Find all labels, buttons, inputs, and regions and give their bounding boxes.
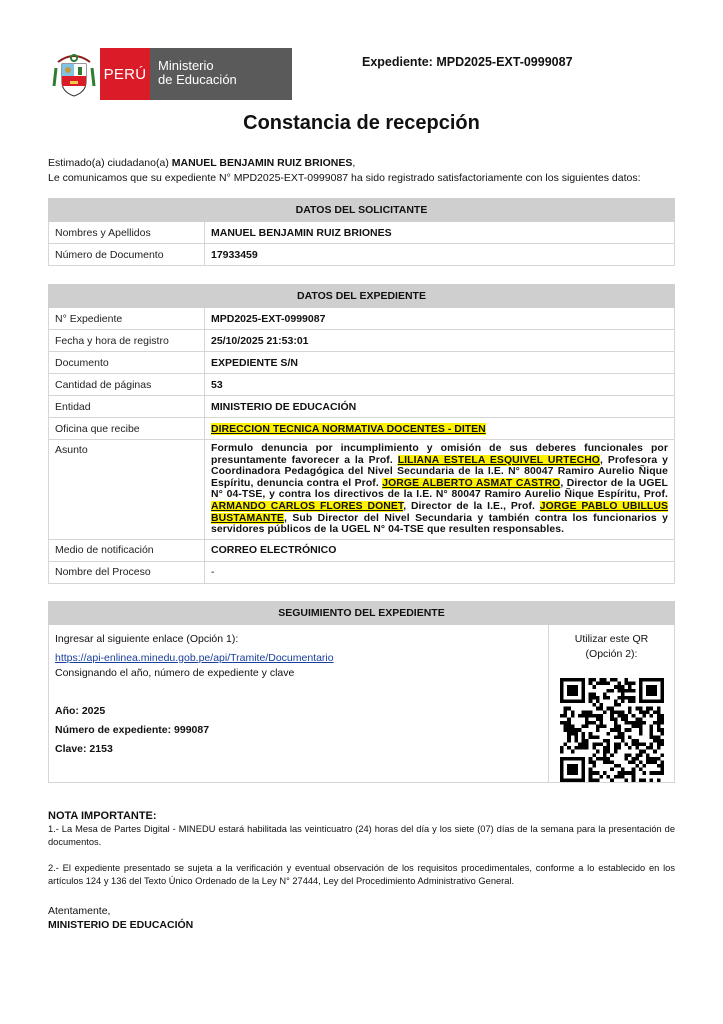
page-title: Constancia de recepción [0,112,723,135]
solicitante-table: DATOS DEL SOLICITANTE Nombres y Apellido… [48,198,675,266]
header-expediente-number: Expediente: MPD2025-EXT-0999087 [362,55,573,69]
note-title: NOTA IMPORTANTE: [48,810,675,823]
row-value: MANUEL BENJAMIN RUIZ BRIONES [205,222,675,244]
intro-message: Le comunicamos que su expediente N° MPD2… [48,171,641,186]
table-row: Fecha y hora de registro25/10/2025 21:53… [49,330,675,352]
highlighted-name: JORGE ALBERTO ASMAT CASTRO [382,478,560,489]
solicitante-heading: DATOS DEL SOLICITANTE [49,199,675,222]
qr-label-line2: (Opción 2): [555,647,668,662]
row-label: Número de Documento [49,244,205,266]
row-value: DIRECCION TECNICA NORMATIVA DOCENTES - D… [205,418,675,440]
row-label: Asunto [49,440,205,540]
seguimiento-heading: SEGUIMIENTO DEL EXPEDIENTE [49,602,675,625]
highlighted-name: ARMANDO CARLOS FLORES DONET [211,501,403,512]
expediente-heading: DATOS DEL EXPEDIENTE [49,285,675,308]
instructions-text: Consignando el año, número de expediente… [55,666,542,681]
table-row: Nombres y Apellidos MANUEL BENJAMIN RUIZ… [49,222,675,244]
greeting-name: MANUEL BENJAMIN RUIZ BRIONES [172,157,353,169]
tracking-link[interactable]: https://api-enlinea.minedu.gob.pe/api/Tr… [55,652,334,664]
minedu-logo: PERÚ Ministerio de Educación [52,48,292,100]
table-row: EntidadMINISTERIO DE EDUCACIÓN [49,396,675,418]
clave-value: Clave: 2153 [55,742,542,757]
option1-label: Ingresar al siguiente enlace (Opción 1): [55,632,542,647]
table-row: Oficina que recibeDIRECCION TECNICA NORM… [49,418,675,440]
table-row-asunto: Asunto Formulo denuncia por incumplimien… [49,440,675,540]
row-value: MPD2025-EXT-0999087 [205,308,675,330]
peru-brand-box: PERÚ [100,48,150,100]
greeting-line: Estimado(a) ciudadano(a) MANUEL BENJAMIN… [48,156,641,171]
closing-signature: MINISTERIO DE EDUCACIÓN [48,919,193,933]
row-label: Medio de notificación [49,539,205,561]
table-row: Nombre del Proceso- [49,561,675,583]
row-value: 17933459 [205,244,675,266]
ministry-name: Ministerio de Educación [150,48,292,100]
highlighted-office: DIRECCION TECNICA NORMATIVA DOCENTES - D… [211,423,486,435]
highlighted-name: LILIANA ESTELA ESQUIVEL URTECHO [398,455,600,466]
asunto-segment: , Director de la I.E., Prof. [403,501,540,512]
row-value: - [205,561,675,583]
asunto-text: Formulo denuncia por incumplimiento y om… [205,440,675,540]
closing-salutation: Atentamente, [48,905,193,919]
row-label: Nombres y Apellidos [49,222,205,244]
row-label: Documento [49,352,205,374]
row-label: Oficina que recibe [49,418,205,440]
ministry-line2: de Educación [158,73,292,87]
anio-value: Año: 2025 [55,704,542,719]
ministry-line1: Ministerio [158,59,292,73]
closing: Atentamente, MINISTERIO DE EDUCACIÓN [48,905,193,932]
greeting-suffix: , [352,157,355,169]
intro-text: Estimado(a) ciudadano(a) MANUEL BENJAMIN… [48,156,641,186]
table-row: Medio de notificaciónCORREO ELECTRÓNICO [49,539,675,561]
important-note: NOTA IMPORTANTE: 1.- La Mesa de Partes D… [48,810,675,888]
expediente-table: DATOS DEL EXPEDIENTE N° ExpedienteMPD202… [48,284,675,584]
row-value: MINISTERIO DE EDUCACIÓN [205,396,675,418]
row-label: Cantidad de páginas [49,374,205,396]
table-row: Número de Documento 17933459 [49,244,675,266]
note-item-1: 1.- La Mesa de Partes Digital - MINEDU e… [48,823,675,849]
note-item-2: 2.- El expediente presentado se sujeta a… [48,862,675,888]
row-value: EXPEDIENTE S/N [205,352,675,374]
row-value: 53 [205,374,675,396]
numero-expediente-value: Número de expediente: 999087 [55,723,542,738]
qr-label-line1: Utilizar este QR [555,632,668,647]
qr-cell: Utilizar este QR (Opción 2): [549,625,675,783]
seguimiento-instructions: Ingresar al siguiente enlace (Opción 1):… [49,625,549,783]
row-label: N° Expediente [49,308,205,330]
seguimiento-table: SEGUIMIENTO DEL EXPEDIENTE Ingresar al s… [48,601,675,783]
row-value: 25/10/2025 21:53:01 [205,330,675,352]
table-row: N° ExpedienteMPD2025-EXT-0999087 [49,308,675,330]
row-value: CORREO ELECTRÓNICO [205,539,675,561]
qr-code-icon[interactable] [560,678,664,782]
table-row: DocumentoEXPEDIENTE S/N [49,352,675,374]
greeting-prefix: Estimado(a) ciudadano(a) [48,157,172,169]
table-row: Cantidad de páginas53 [49,374,675,396]
row-label: Entidad [49,396,205,418]
peru-coat-of-arms-icon [52,48,96,100]
row-label: Fecha y hora de registro [49,330,205,352]
row-label: Nombre del Proceso [49,561,205,583]
